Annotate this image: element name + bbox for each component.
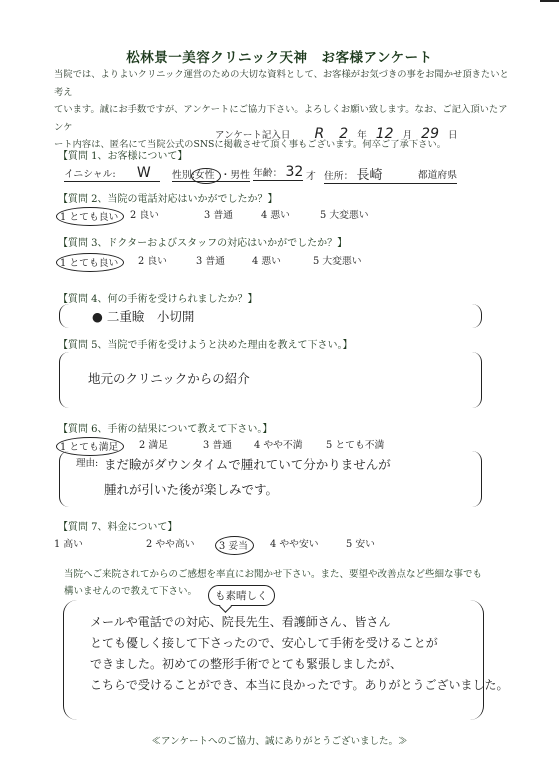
q3-option-2[interactable]: 2 良い <box>138 253 167 267</box>
q7-option-5[interactable]: 5 安い <box>346 536 375 550</box>
footer-thanks: ≪アンケートへのご協力、誠にありがとうございました。≫ <box>0 733 559 747</box>
age-value: 32 <box>286 164 304 180</box>
q3-options: 1 とても良い 2 良い 3 普通 4 悪い 5 大変悪い <box>58 253 538 269</box>
gender-option-male[interactable]: 男性 <box>230 170 250 181</box>
q6-reason-line: まだ瞼がダウンタイムで腫れていて分かりませんが <box>104 455 391 473</box>
q3-option-5[interactable]: 5 大変悪い <box>313 253 362 267</box>
address-unit: 都道府県 <box>418 167 457 181</box>
entry-date-month-unit: 月 <box>403 130 413 141</box>
entry-date-era: R <box>315 126 325 142</box>
insert-bubble: も素晴しく <box>208 585 275 606</box>
survey-title: 松林景一美容クリニック天神 お客様アンケート <box>0 46 559 66</box>
entry-date-day-unit: 日 <box>448 130 458 141</box>
comment-line: できました。初めての整形手術でとても緊張しましたが、 <box>90 654 508 675</box>
q7-option-4[interactable]: 4 やや安い <box>270 536 319 550</box>
entry-date-year-unit: 年 <box>357 130 367 141</box>
q7-option-3[interactable]: 3 妥当 <box>215 536 254 555</box>
gender-separator: ・ <box>221 170 231 181</box>
intro-line: 当院では、よりよいクリニック運営のための大切な資料として、お客様がお気づきの事を… <box>54 66 514 101</box>
comment-line: こちらで受けることができ、本当に良かったです。ありがとうございました。 <box>90 675 508 696</box>
q6-option-5[interactable]: 5 とても不満 <box>326 437 384 451</box>
address-label: 住所： <box>324 171 353 182</box>
q7-option-2[interactable]: 2 やや高い <box>146 536 195 550</box>
address-value: 長崎 <box>357 168 383 183</box>
age-unit: 才 <box>306 168 316 182</box>
q5-answer: 地元のクリニックからの紹介 <box>88 369 250 387</box>
gender-field[interactable]: 性別:女性・男性 <box>172 167 250 182</box>
q3-option-4[interactable]: 4 悪い <box>252 253 281 267</box>
q2-option-3[interactable]: 3 普通 <box>204 207 233 221</box>
address-field[interactable]: 住所： 長崎 都道府県 <box>324 164 457 184</box>
scan-corner-mark <box>540 0 559 2</box>
age-label: 年齢： <box>253 168 282 179</box>
q7-heading: 【質問 7、料金について】 <box>58 518 177 533</box>
q5-heading: 【質問 5、当院で手術を受けようと決めた理由を教えて下さい。】 <box>58 336 353 351</box>
q6-option-2[interactable]: 2 満足 <box>139 437 168 451</box>
q2-heading: 【質問 2、当院の電話対応はいかがでしたか？】 <box>58 190 278 205</box>
q2-option-4[interactable]: 4 悪い <box>261 207 290 221</box>
entry-date-year: 2 <box>339 126 348 142</box>
entry-date-month: 12 <box>376 126 394 142</box>
q6-option-3[interactable]: 3 普通 <box>203 437 232 451</box>
q2-option-1[interactable]: 1 とても良い <box>56 207 124 226</box>
q6-option-4[interactable]: 4 やや不満 <box>254 437 303 451</box>
q4-answer: ● 二重瞼 小切開 <box>92 307 194 325</box>
comments-prompt-line: 当院へご来院されてからのご感想を率直にお聞かせ下さい。また、要望や改善点など些細… <box>64 566 504 583</box>
entry-date-day: 29 <box>421 126 439 142</box>
q2-options: 1 とても良い 2 良い 3 普通 4 悪い 5 大変悪い <box>58 207 538 223</box>
q3-heading: 【質問 3、ドクターおよびスタッフの対応はいかがでしたか？】 <box>58 234 347 249</box>
q1-heading: 【質問 1、お客様について】 <box>58 147 187 162</box>
age-field[interactable]: 年齢： 32 <box>253 164 303 181</box>
q6-heading: 【質問 6、手術の結果について教えて下さい。】 <box>58 420 272 435</box>
q3-option-1[interactable]: 1 とても良い <box>56 253 124 272</box>
initial-field[interactable]: イニシャル: W <box>64 165 160 182</box>
comment-line: とても優しく接して下さったので、安心して手術を受けることが <box>90 633 508 654</box>
q2-option-5[interactable]: 5 大変悪い <box>320 207 369 221</box>
initial-label: イニシャル: <box>64 169 116 180</box>
comment-line: メールや電話での対応、院長先生、看護師さん、皆さん <box>90 612 508 633</box>
q6-reason-label: 理由: <box>76 455 98 469</box>
q3-option-3[interactable]: 3 普通 <box>196 253 225 267</box>
comments-text: メールや電話での対応、院長先生、看護師さん、皆さん とても優しく接して下さったの… <box>90 612 508 696</box>
comments-prompt-line: 構いませんので教えて下さい。 <box>64 583 504 600</box>
entry-date-row: アンケート記入日 R 2 年 12 月 29 日 <box>215 126 458 142</box>
initial-value: W <box>137 165 151 181</box>
q2-option-2[interactable]: 2 良い <box>130 207 159 221</box>
q7-options: 1 高い 2 やや高い 3 妥当 4 やや安い 5 安い <box>52 536 532 552</box>
entry-date-label: アンケート記入日 <box>215 130 290 141</box>
q7-option-1[interactable]: 1 高い <box>54 536 83 550</box>
q4-heading: 【質問 4、何の手術を受けられましたか？】 <box>58 290 258 305</box>
q6-reason-line: 腫れが引いた後が楽しみです。 <box>104 480 278 498</box>
comments-prompt: 当院へご来院されてからのご感想を率直にお聞かせ下さい。また、要望や改善点など些細… <box>64 566 504 600</box>
gender-option-female[interactable]: 女性 <box>191 168 221 184</box>
